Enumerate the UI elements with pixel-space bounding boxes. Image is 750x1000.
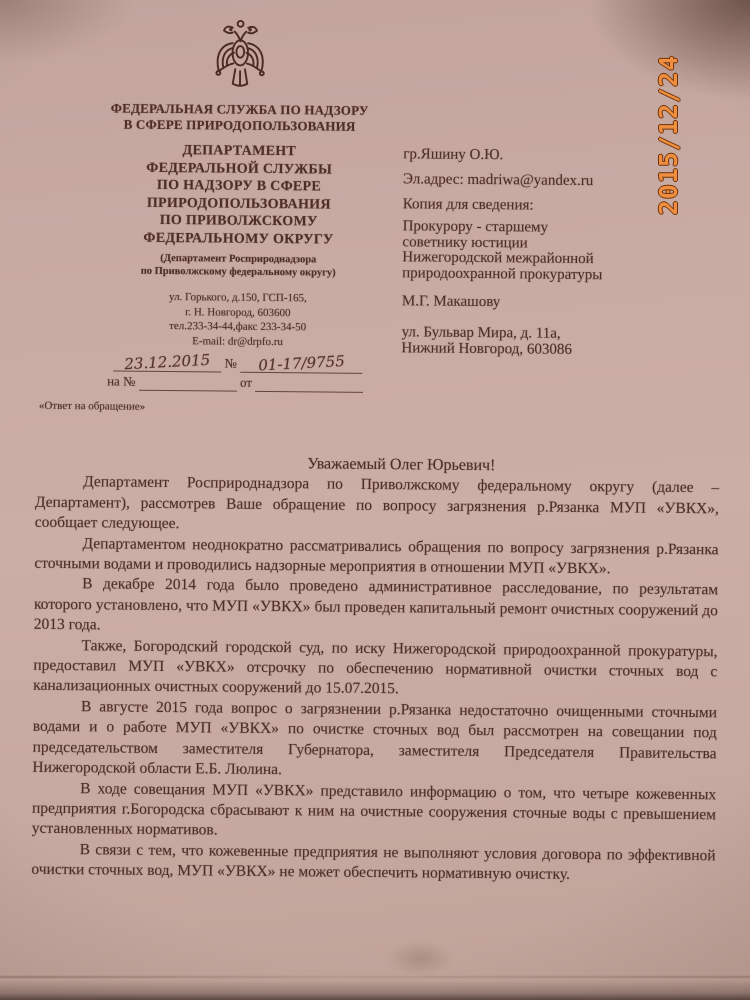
number-sign: № [224, 356, 237, 371]
handwritten-date: 23.12.2015 [124, 351, 211, 373]
agency-line: В СФЕРЕ ПРИРОДОПОЛЬЗОВАНИЯ [44, 116, 436, 136]
body-paragraph: Департамент Росприроднадзора по Приволжс… [35, 472, 720, 540]
body-paragraph: В августе 2015 года вопрос о загрязнении… [32, 697, 717, 785]
camera-date-stamp: 2015/12/24 [654, 50, 682, 220]
letter-body: Уважаемый Олег Юрьевич! Департамент Росп… [31, 452, 719, 887]
from-label: от [240, 375, 252, 390]
outgoing-number-field: 01-17/9755 [240, 354, 362, 374]
department-line: ФЕДЕРАЛЬНОМУ ОКРУГУ [42, 228, 434, 249]
reply-reference-row: на № от [41, 373, 433, 394]
photographed-letter: ФЕДЕРАЛЬНАЯ СЛУЖБА ПО НАДЗОРУ В СФЕРЕ ПР… [0, 0, 750, 1000]
department-name: ДЕПАРТАМЕНТ ФЕДЕРАЛЬНОЙ СЛУЖБЫ ПО НАДЗОР… [42, 141, 435, 250]
department-short-line: по Приволжскому федеральному округу) [42, 264, 434, 281]
double-headed-eagle-icon [211, 18, 270, 97]
body-paragraph: В связи с тем, что кожевенные предприяти… [31, 839, 715, 886]
reference-number-row: 23.12.2015 № 01-17/9755 [41, 352, 433, 375]
reply-label: на № [107, 373, 136, 388]
body-paragraph: В ходе совещания МУП «УВКХ» представило … [32, 778, 717, 846]
subject-note: «Ответ на обращение» [39, 400, 145, 413]
department-short-name: (Департамент Росприроднадзора по Приволж… [42, 251, 434, 281]
paper-smudge [385, 940, 455, 976]
recipient-address-line: Нижний Новгород, 603086 [401, 341, 716, 360]
reply-number-field [139, 374, 237, 392]
body-paragraph: В декабре 2014 года было проведено админ… [34, 574, 719, 642]
reference-block: 23.12.2015 № 01-17/9755 на № от [41, 352, 433, 394]
body-paragraph: Департаментом неоднократно рассматривали… [34, 533, 718, 580]
letterhead: ФЕДЕРАЛЬНАЯ СЛУЖБА ПО НАДЗОРУ В СФЕРЕ ПР… [41, 17, 437, 394]
paper-crease [0, 976, 750, 978]
copy-recipient-line: природоохранной прокуратуры [402, 266, 717, 285]
outgoing-date-field: 23.12.2015 [113, 352, 221, 372]
handwritten-number: 01-17/9755 [258, 352, 345, 374]
copy-recipient-name: М.Г. Макашову [402, 293, 717, 312]
letter-page: ФЕДЕРАЛЬНАЯ СЛУЖБА ПО НАДЗОРУ В СФЕРЕ ПР… [0, 0, 750, 1000]
address-line: E-mail: dr@drpfo.ru [41, 332, 433, 350]
body-paragraph: Также, Богородский городской суд, по иск… [33, 635, 718, 703]
agency-name: ФЕДЕРАЛЬНАЯ СЛУЖБА ПО НАДЗОРУ В СФЕРЕ ПР… [44, 100, 436, 136]
letterhead-address: ул. Горького, д.150, ГСП-165, г. Н. Новг… [41, 289, 434, 351]
reply-date-field [255, 375, 363, 393]
